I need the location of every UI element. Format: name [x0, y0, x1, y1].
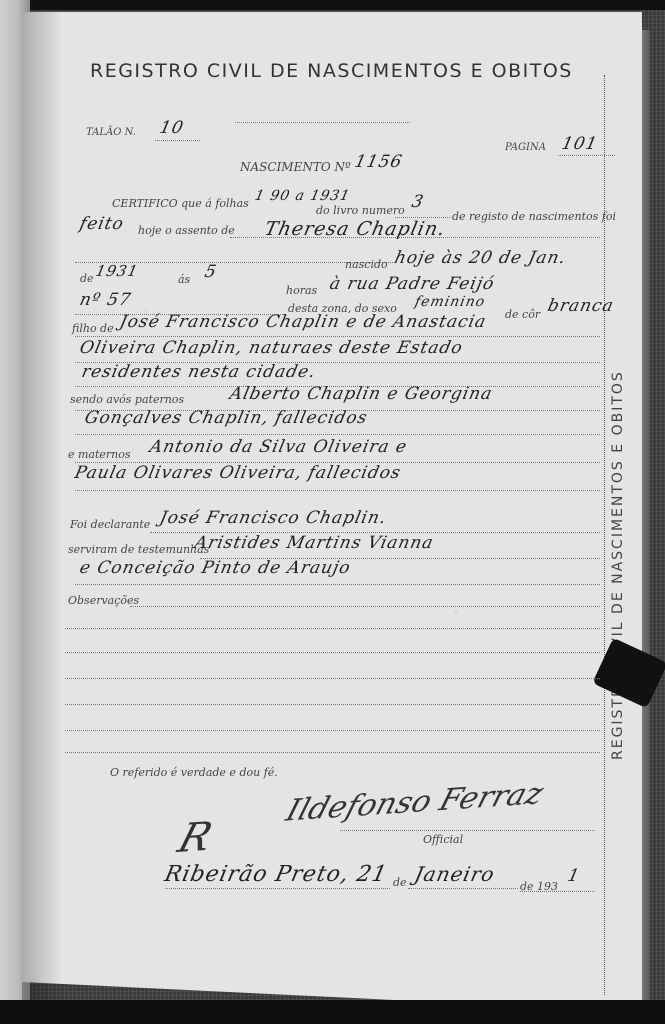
pagina-label: PAGINA [505, 142, 546, 153]
livro-label: do livro numero [316, 204, 405, 217]
avos-paternos-line-2: Gonçalves Chaplin, fallecidos [83, 408, 370, 428]
talao-label: TALÃO N. [86, 127, 136, 138]
observacoes-label: Observações [68, 594, 139, 607]
gutter-shadow [22, 12, 62, 1002]
numero-value: nº 57 [78, 290, 133, 310]
maternos-label: e maternos [68, 448, 131, 461]
declarante-value: José Francisco Chaplin. [158, 508, 389, 528]
nascimento-label: NASCIMENTO Nº [240, 160, 351, 174]
avos-paternos-label: sendo avós paternos [70, 393, 184, 406]
page-title: REGISTRO CIVIL DE NASCIMENTOS E OBITOS [90, 60, 630, 82]
local-value: à rua Padre Feijó [328, 274, 497, 294]
registro-label: de registo de nascimentos foi [452, 210, 616, 223]
certifico-label: CERTIFICO que á folhas [112, 197, 249, 210]
declarante-label: Foi declarante [70, 518, 150, 531]
nascimento-value: 1156 [353, 152, 405, 172]
talao-value: 10 [158, 118, 186, 138]
avos-paternos-line-1: Alberto Chaplin e Georgina [228, 384, 495, 404]
filiacao-line-1: José Francisco Chaplin e de Anastacia [118, 312, 489, 332]
cor-label: de côr [505, 308, 540, 321]
de-label-2: de [393, 876, 407, 889]
side-title: REGISTRO CIVIL DE NASCIMENTOS E OBITOS [610, 370, 626, 760]
assento-value: Theresa Chaplin. [263, 218, 448, 240]
cor-value: branca [546, 296, 616, 316]
official-label: Official [423, 833, 463, 846]
sexo-value: feminino [413, 294, 487, 310]
pagina-value: 101 [560, 134, 600, 154]
horas-label: horas [286, 284, 317, 297]
scan-border-bottom [0, 1000, 665, 1024]
header-rule [235, 122, 410, 123]
avos-maternos-line-2: Paula Olivares Oliveira, fallecidos [73, 463, 403, 483]
local-data-value: Ribeirão Preto, 21 [162, 862, 389, 887]
testemunhas-label: serviram de testemunhas [68, 543, 209, 556]
testemunhas-line-2: e Conceição Pinto de Araujo [78, 558, 353, 578]
ano-value: 1931 [94, 262, 140, 280]
mes-value: Janeiro [412, 862, 497, 886]
verdade-label: O referido é verdade e dou fé. [110, 766, 278, 779]
filho-label: filho de [72, 322, 114, 335]
filiacao-line-3: residentes nesta cidade. [80, 362, 318, 382]
folhas-value: 1 90 a 1931 [253, 188, 351, 204]
scan-border-top [0, 0, 665, 10]
as-label: ás [178, 273, 190, 286]
de-label: de [80, 272, 94, 285]
nascido-value: hoje às 20 de Jan. [393, 248, 568, 268]
testemunhas-line-1: Aristides Martins Vianna [193, 533, 436, 553]
assento-label: hoje o assento de [138, 224, 235, 237]
nascido-label: nascido [345, 258, 388, 271]
feito-value: feito [78, 214, 126, 234]
filiacao-line-2: Oliveira Chaplin, naturaes deste Estado [78, 338, 465, 358]
avos-maternos-line-1: Antonio da Silva Oliveira e [148, 437, 409, 457]
